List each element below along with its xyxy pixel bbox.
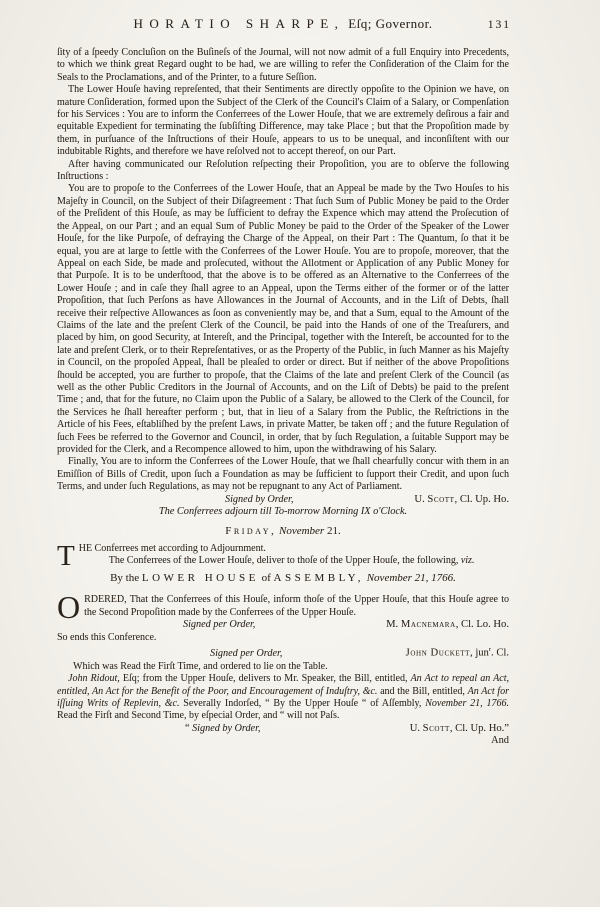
- paragraph-ordered-text: RDERED, That the Conferrees of this Houſ…: [84, 594, 509, 617]
- clerk-signature-duckett: John Duckett, junr. Cl.: [406, 644, 509, 660]
- printed-text-block: HORATIO SHARPE, Eſq; Governor. 131 ſity …: [57, 16, 509, 748]
- heading-lower-house-assembly: By the LOWER HOUSE of ASSEMBLY, November…: [57, 572, 509, 585]
- paragraph-continuation: ſity of a ſpeedy Concluſion on the Buſin…: [57, 47, 509, 84]
- heading-friday-date: Friday, November 21.: [57, 525, 509, 538]
- paragraph-conferrees-met: THE Conferrees met according to Adjournm…: [57, 543, 509, 568]
- paragraph-instructions-intro: After having communicated our Reſolution…: [57, 159, 509, 184]
- signature-row-final: “ Signed by Order, U. Scott, Cl. Up. Ho.…: [57, 723, 509, 736]
- clerk-signature-macnemara: M. Macnemara, Cl. Lo. Ho.: [386, 619, 509, 632]
- quoted-signed-by-order-label: “ Signed by Order,: [185, 723, 260, 736]
- signed-by-order-label: Signed by Order,: [225, 494, 293, 507]
- clerk-signature-scott: U. Scott, Cl. Up. Ho.: [414, 494, 509, 507]
- so-ends-conference-line: So ends this Conference.: [57, 632, 509, 645]
- paragraph-conferrees-met-text: HE Conferrees met according to Adjournme…: [79, 543, 475, 566]
- page-number: 131: [488, 19, 511, 31]
- paragraph-finally: Finally, You are to inform the Conferree…: [57, 456, 509, 493]
- signature-row-upper-house: Signed by Order, U. Scott, Cl. Up. Ho.: [57, 494, 509, 507]
- paragraph-ridout-bills: John Ridout, Eſq; from the Upper Houſe, …: [57, 673, 509, 723]
- page-header: HORATIO SHARPE, Eſq; Governor. 131: [57, 16, 509, 38]
- dropcap-letter-t: T: [57, 543, 79, 567]
- read-first-time-line: Which was Read the Firſt Time, and order…: [57, 661, 509, 674]
- clerk-signature-scott-final: U. Scott, Cl. Up. Ho.”: [410, 723, 509, 736]
- paragraph-ordered: ORDERED, That the Conferrees of this Hou…: [57, 594, 509, 619]
- dropcap-letter-o: O: [57, 594, 84, 618]
- paragraph-propose-appeal: You are to propoſe to the Conferrees of …: [57, 183, 509, 456]
- signed-per-order-label: Signed per Order,: [210, 648, 282, 661]
- running-title: HORATIO SHARPE, Eſq; Governor.: [57, 16, 509, 32]
- signature-row-macnemara: Signed per Order, M. Macnemara, Cl. Lo. …: [57, 619, 509, 632]
- signed-per-order-label: Signed per Order,: [183, 619, 255, 632]
- paragraph-lower-house-represented: The Lower Houſe having repreſented, that…: [57, 84, 509, 158]
- scanned-document-page: HORATIO SHARPE, Eſq; Governor. 131 ſity …: [0, 0, 600, 907]
- catchword: And: [57, 735, 509, 747]
- signature-row-duckett: Signed per Order, John Duckett, junr. Cl…: [57, 644, 509, 660]
- adjournment-line: The Conferrees adjourn till To-morrow Mo…: [57, 506, 509, 518]
